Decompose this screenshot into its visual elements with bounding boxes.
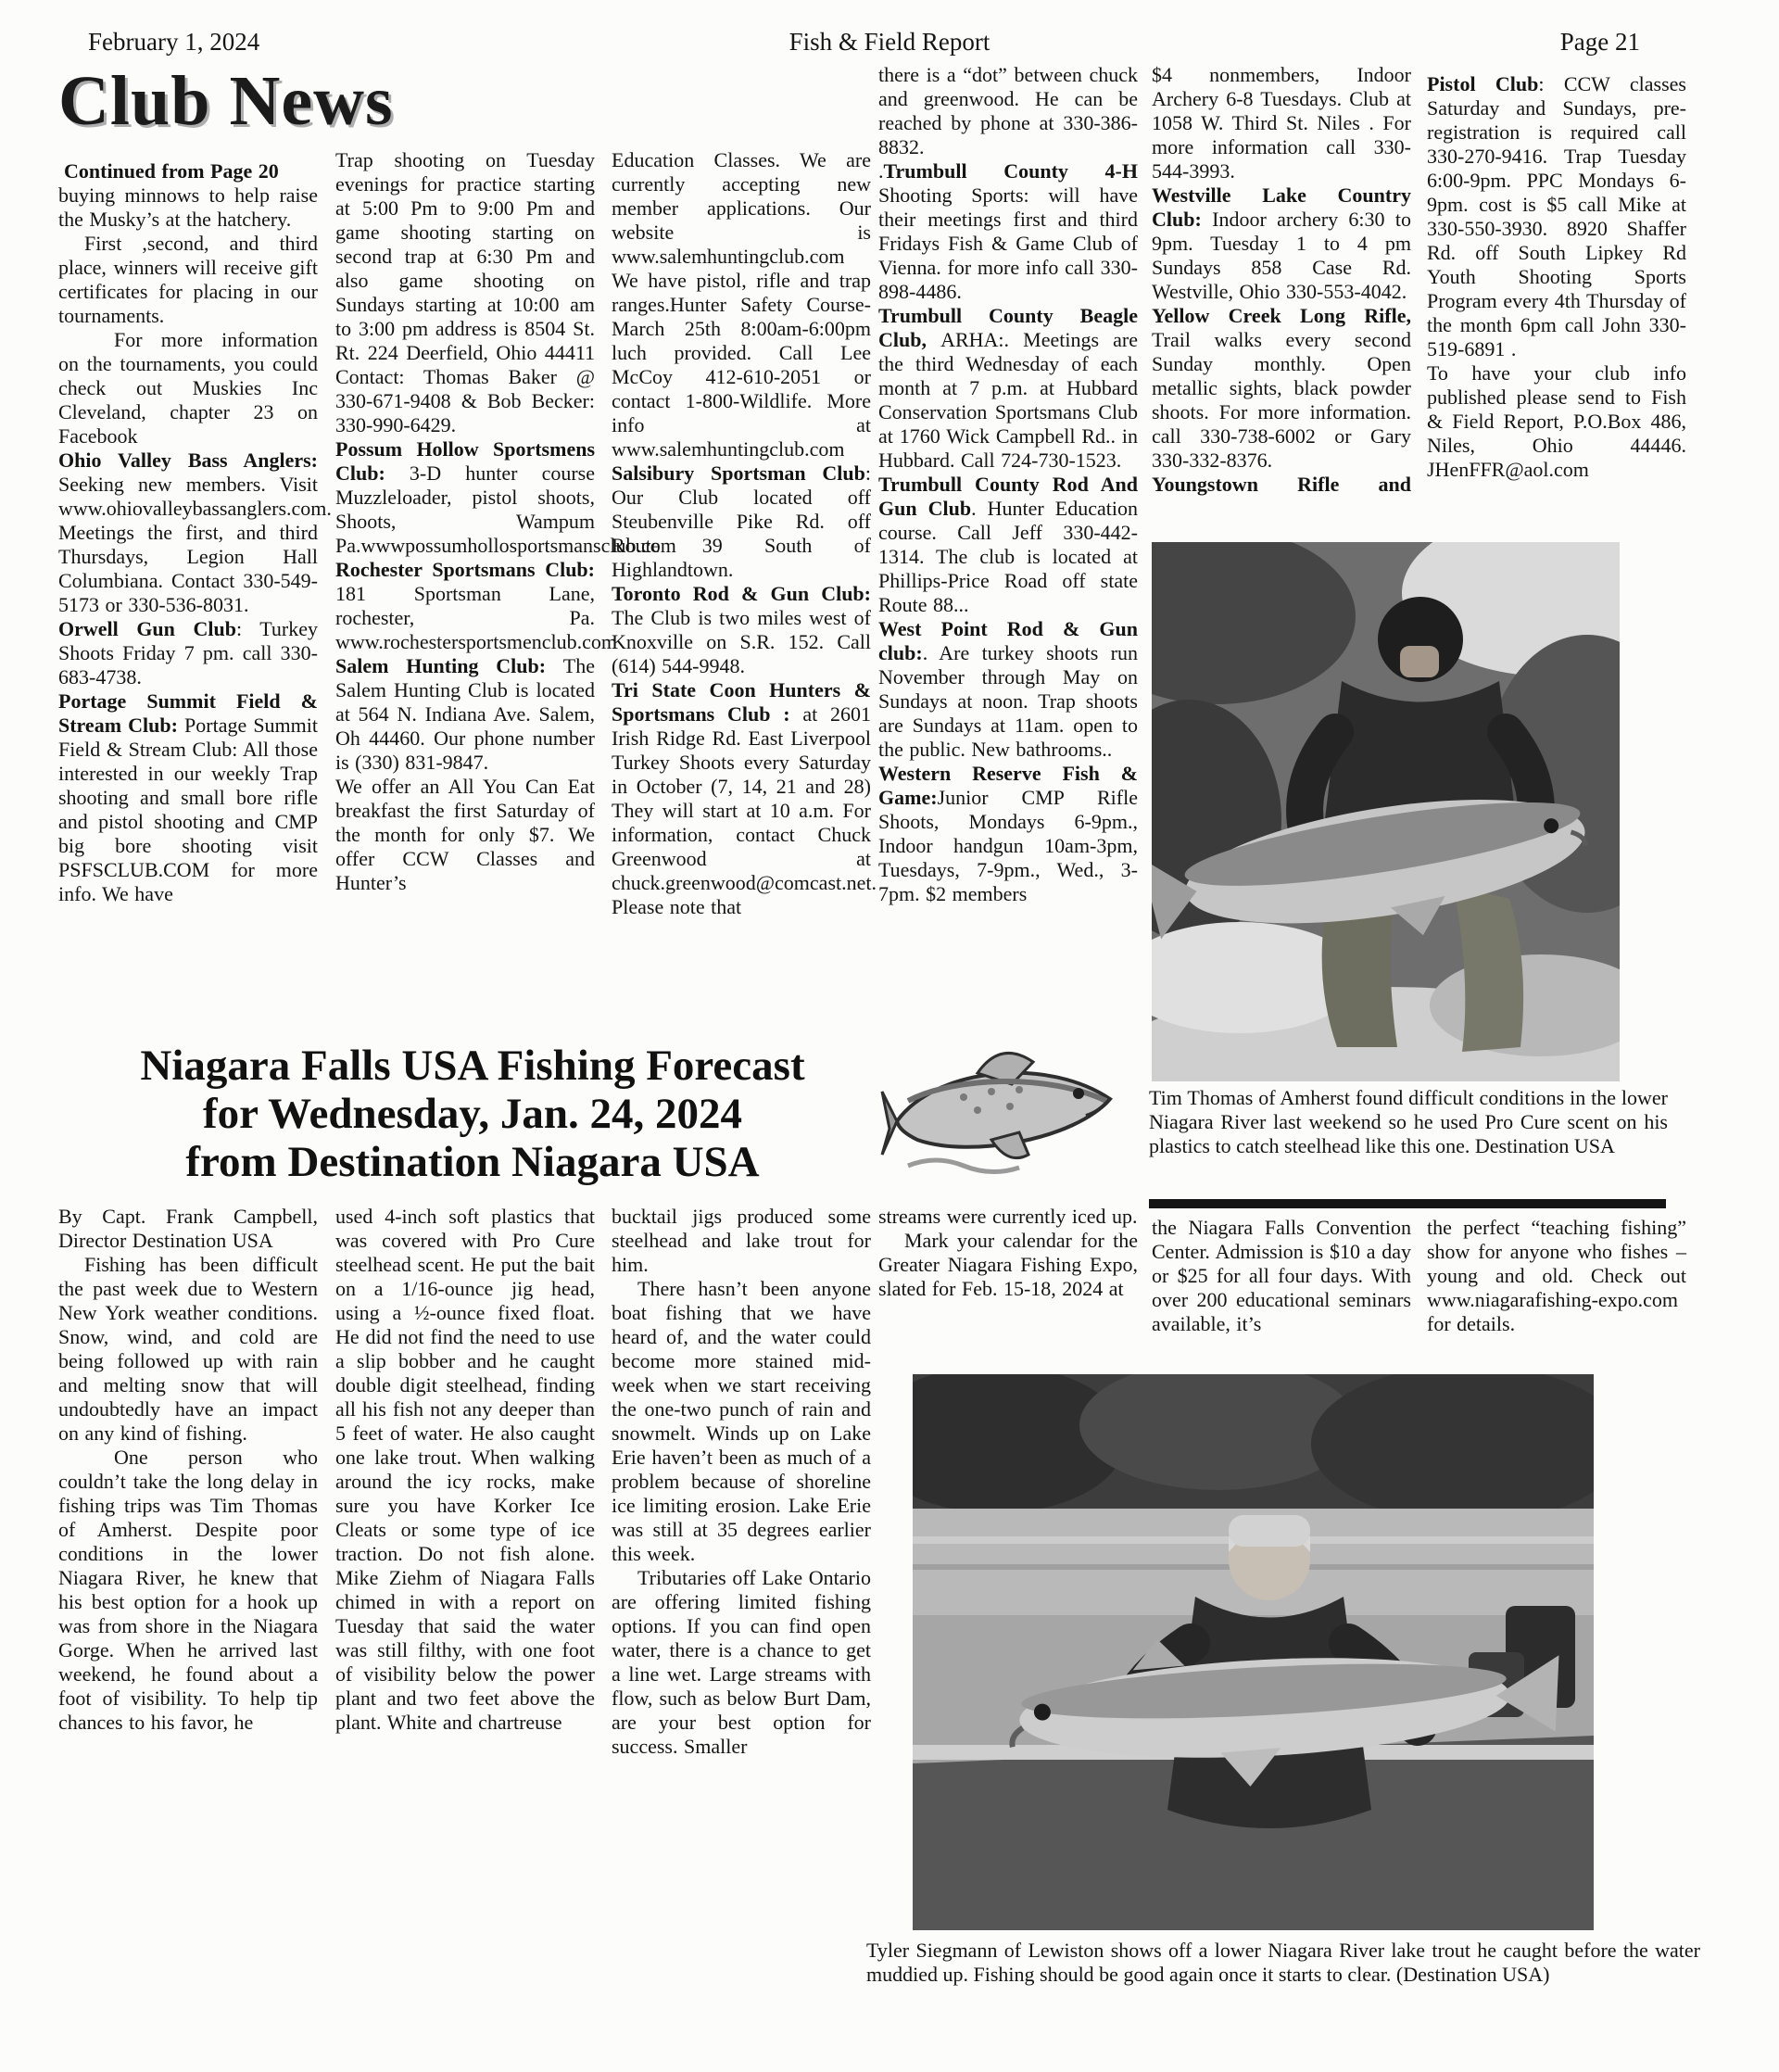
body-text: used 4-inch soft plastics that was cover…: [335, 1205, 595, 1734]
forecast-column-2: used 4-inch soft plastics that was cover…: [335, 1205, 595, 1735]
paragraph: Pistol Club: CCW classes Saturday and Su…: [1427, 72, 1686, 361]
paragraph: the Niagara Falls Convention Center. Adm…: [1152, 1216, 1411, 1336]
lake-trout-photo-art: [913, 1374, 1594, 1930]
club-name-lead: Trumbull County 4-H: [884, 159, 1139, 183]
leaping-trout-illustration-icon: [880, 1036, 1126, 1184]
paragraph: Tributaries off Lake Ontario are offerin…: [612, 1566, 871, 1759]
body-text: One person who couldn’t take the long de…: [58, 1446, 318, 1734]
club-name-lead: Rochester Sportsmans Club:: [335, 558, 595, 581]
body-text: Mark your calendar for the Greater Niaga…: [878, 1229, 1138, 1300]
body-text: There hasn’t been anyone boat fishing th…: [612, 1277, 871, 1565]
lake-trout-photo-caption: Tyler Siegmann of Lewiston shows off a l…: [866, 1939, 1700, 1987]
club-news-column-4: there is a “dot” between chuck and green…: [878, 63, 1138, 906]
body-text: Shooting Sports: will have their meeting…: [878, 183, 1138, 303]
paragraph: Yellow Creek Long Rifle, Trail walks eve…: [1152, 304, 1411, 473]
paragraph: There hasn’t been anyone boat fishing th…: [612, 1277, 871, 1566]
forecast-column-5: the Niagara Falls Convention Center. Adm…: [1152, 1216, 1411, 1336]
body-text: buying minnows to help raise the Musky’s…: [58, 183, 318, 231]
body-text: Trail walks every second Sunday monthly.…: [1152, 328, 1411, 472]
forecast-column-6: the perfect “teaching fishing” show for …: [1427, 1216, 1686, 1336]
body-text: at 2601 Irish Ridge Rd. East Liverpool T…: [612, 702, 877, 918]
paragraph: Education Classes. We are currently acce…: [612, 148, 871, 461]
paragraph: Possum Hollow Sportsmens Club: 3-D hunte…: [335, 437, 595, 558]
body-text: the perfect “teaching fishing” show for …: [1427, 1216, 1686, 1335]
forecast-column-4: streams were currently iced up.Mark your…: [878, 1205, 1138, 1301]
paragraph: We offer an All You Can Eat breakfast th…: [335, 775, 595, 895]
club-name-lead: Continued from Page 20: [64, 159, 279, 183]
paragraph: Salem Hunting Club: The Salem Hunting Cl…: [335, 654, 595, 775]
paragraph: First ,second, and third place, winners …: [58, 232, 318, 328]
body-text: Seeking new members. Visit www.ohiovalle…: [58, 473, 332, 616]
forecast-headline-line1: Niagara Falls USA Fishing Forecast: [65, 1042, 880, 1090]
body-text: Portage Summit Field & Stream Club: All …: [58, 714, 318, 905]
paragraph: One person who couldn’t take the long de…: [58, 1446, 318, 1735]
club-news-column-3: Education Classes. We are currently acce…: [612, 148, 871, 919]
body-text: 181 Sportsman Lane, rochester, Pa. www.r…: [335, 582, 617, 653]
paragraph: Tri State Coon Hunters & Sportsmans Club…: [612, 678, 871, 919]
club-news-headline: Club News: [58, 61, 394, 142]
lake-trout-photo: [913, 1374, 1594, 1930]
publication-title: Fish & Field Report: [0, 28, 1779, 57]
club-name-lead: Youngstown Rifle and: [1152, 473, 1411, 496]
page-number: Page 21: [1560, 28, 1640, 57]
paragraph: Continued from Page 20: [58, 159, 318, 183]
club-name-lead: Orwell Gun Club: [58, 617, 236, 640]
paragraph: the perfect “teaching fishing” show for …: [1427, 1216, 1686, 1336]
body-text: By Capt. Frank Campbell, Director Destin…: [58, 1205, 318, 1252]
body-text: Fishing has been difficult the past week…: [58, 1253, 318, 1445]
body-text: bucktail jigs produced some steelhead an…: [612, 1205, 871, 1276]
forecast-headline-line2: for Wednesday, Jan. 24, 2024: [65, 1090, 880, 1138]
paragraph: Portage Summit Field & Stream Club: Port…: [58, 689, 318, 906]
club-name-lead: Salem Hunting Club:: [335, 654, 563, 677]
paragraph: Trumbull County Beagle Club, ARHA:. Meet…: [878, 304, 1138, 473]
paragraph: bucktail jigs produced some steelhead an…: [612, 1205, 871, 1277]
paragraph: Westville Lake Country Club: Indoor arch…: [1152, 183, 1411, 304]
club-name-lead: Salsibury Sportsman Club: [612, 461, 865, 485]
paragraph: there is a “dot” between chuck and green…: [878, 63, 1138, 159]
paragraph: Youngstown Rifle and: [1152, 473, 1411, 497]
steelhead-photo-art: [1152, 542, 1620, 1081]
paragraph: To have your club info published please …: [1427, 361, 1686, 482]
paragraph: used 4-inch soft plastics that was cover…: [335, 1205, 595, 1735]
paragraph: By Capt. Frank Campbell, Director Destin…: [58, 1205, 318, 1253]
forecast-headline: Niagara Falls USA Fishing Forecast for W…: [65, 1042, 880, 1186]
body-text: Education Classes. We are currently acce…: [612, 148, 871, 461]
section-divider-bar: [1149, 1199, 1666, 1208]
paragraph: streams were currently iced up.: [878, 1205, 1138, 1229]
body-text: To have your club info published please …: [1427, 361, 1686, 481]
paragraph: buying minnows to help raise the Musky’s…: [58, 183, 318, 232]
body-text: $4 nonmembers, Indoor Archery 6-8 Tuesda…: [1152, 63, 1411, 183]
body-text: the Niagara Falls Convention Center. Adm…: [1152, 1216, 1411, 1335]
paragraph: $4 nonmembers, Indoor Archery 6-8 Tuesda…: [1152, 63, 1411, 183]
club-news-column-6: Pistol Club: CCW classes Saturday and Su…: [1427, 72, 1686, 482]
newspaper-page: February 1, 2024 Fish & Field Report Pag…: [0, 0, 1779, 2072]
body-text: The Club is two miles west of Knoxville …: [612, 606, 871, 677]
body-text: : CCW classes Saturday and Sundays, pre-…: [1427, 72, 1686, 360]
paragraph: Rochester Sportsmans Club: 181 Sportsman…: [335, 558, 595, 654]
club-news-column-1: Continued from Page 20buying minnows to …: [58, 159, 318, 906]
club-name-lead: Yellow Creek Long Rifle,: [1152, 304, 1411, 327]
paragraph: Orwell Gun Club: Turkey Shoots Friday 7 …: [58, 617, 318, 689]
paragraph: West Point Rod & Gun club:. Are turkey s…: [878, 617, 1138, 762]
body-text: Tributaries off Lake Ontario are offerin…: [612, 1566, 871, 1758]
body-text: For more information on the tournaments,…: [58, 328, 318, 448]
club-name-lead: Pistol Club: [1427, 72, 1538, 95]
paragraph: Ohio Valley Bass Anglers: Seeking new me…: [58, 449, 318, 617]
paragraph: Mark your calendar for the Greater Niaga…: [878, 1229, 1138, 1301]
club-news-column-5: $4 nonmembers, Indoor Archery 6-8 Tuesda…: [1152, 63, 1411, 497]
body-text: there is a “dot” between chuck and green…: [878, 63, 1138, 158]
paragraph: Western Reserve Fish & Game:Junior CMP R…: [878, 762, 1138, 906]
steelhead-photo: [1152, 542, 1620, 1081]
forecast-column-1: By Capt. Frank Campbell, Director Destin…: [58, 1205, 318, 1735]
forecast-headline-line3: from Destination Niagara USA: [65, 1138, 880, 1186]
paragraph: Trumbull County Rod And Gun Club. Hunter…: [878, 473, 1138, 617]
paragraph: Trap shooting on Tuesday evenings for pr…: [335, 148, 595, 437]
paragraph: Toronto Rod & Gun Club: The Club is two …: [612, 582, 871, 678]
body-text: First ,second, and third place, winners …: [58, 232, 318, 327]
paragraph: .Trumbull County 4-H Shooting Sports: wi…: [878, 159, 1138, 304]
forecast-column-3: bucktail jigs produced some steelhead an…: [612, 1205, 871, 1759]
paragraph: For more information on the tournaments,…: [58, 328, 318, 449]
club-name-lead: Ohio Valley Bass Anglers:: [58, 449, 318, 472]
club-news-column-2: Trap shooting on Tuesday evenings for pr…: [335, 148, 595, 895]
paragraph: Fishing has been difficult the past week…: [58, 1253, 318, 1446]
club-name-lead: Toronto Rod & Gun Club:: [612, 582, 871, 605]
paragraph: Salsibury Sportsman Club: Our Club locat…: [612, 461, 871, 582]
body-text: Trap shooting on Tuesday evenings for pr…: [335, 148, 595, 436]
steelhead-photo-caption: Tim Thomas of Amherst found difficult co…: [1149, 1086, 1668, 1158]
body-text: We offer an All You Can Eat breakfast th…: [335, 775, 595, 894]
body-text: streams were currently iced up.: [878, 1205, 1138, 1228]
